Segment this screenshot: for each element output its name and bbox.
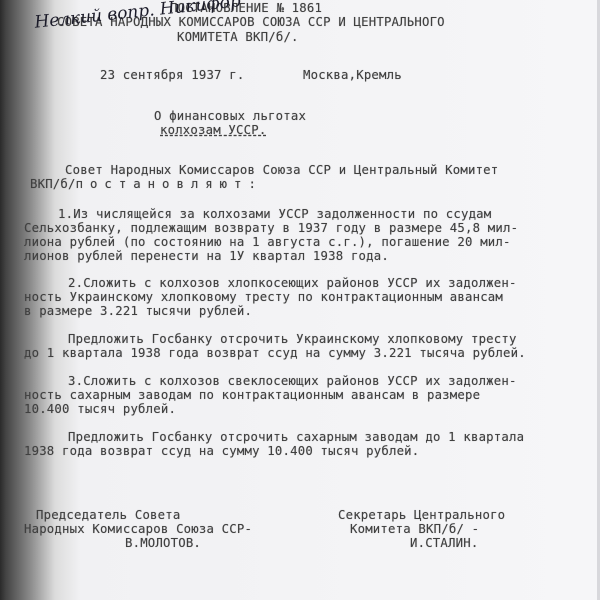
para-1-line-3: лиона рублей (по состоянию на 1 августа … [24,235,511,249]
signature-left-title-1: Председатель Совета [36,508,180,522]
subject-line-1: О финансовых льготах [154,109,306,123]
para-2b-line-2: до 1 квартала 1938 года возврат ссуд на … [24,346,526,360]
document-place: Москва,Кремль [303,68,402,82]
para-3b-line-2: 1938 года возврат ссуд на сумму 10.400 т… [24,444,419,458]
party-abbrev: ВКП/б/ [30,177,76,191]
signature-left-title-2: Народных Комиссаров Союза ССР- [24,522,252,536]
para-3-line-3: 10.400 тысяч рублей. [24,402,176,416]
signature-left-name: В.МОЛОТОВ. [125,536,201,550]
para-3b-line-1: Предложить Госбанку отсрочить сахарным з… [68,430,524,444]
resolve-verb: постановляют: [76,177,263,191]
document-page: ПОСТАНОВЛЕНИЕ № 1861 СОВЕТА НАРОДНЫХ КОМ… [0,0,600,600]
issuer-line-2: КОМИТЕТА ВКП/б/. [177,30,299,44]
document-date: 23 сентября 1937 г. [100,68,244,82]
para-3-line-1: 3.Сложить с колхозов свеклосеющих районо… [68,374,517,388]
para-2-line-1: 2.Сложить с колхозов хлопкосеющих районо… [68,276,517,290]
para-1-line-4: лионов рублей перенести на 1У квартал 19… [24,249,389,263]
preamble-line-2: ВКП/б/постановляют: [30,177,263,191]
signature-right-title-2: Комитета ВКП/б/ - [350,522,479,536]
para-1-line-1: 1.Из числящейся за колхозами УССР задолж… [58,207,491,221]
para-2b-line-1: Предложить Госбанку отсрочить Украинском… [68,332,517,346]
signature-right-title-1: Секретарь Центрального [338,508,505,522]
para-2-line-3: в размере 3.221 тысячи рублей. [24,304,252,318]
para-3-line-2: ность сахарным заводам по контрактационн… [24,388,480,402]
preamble-line-1: Совет Народных Комиссаров Союза ССР и Це… [65,163,498,177]
signature-right-name: И.СТАЛИН. [410,536,478,550]
para-2-line-2: ность Украинскому хлопковому тресту по к… [24,290,503,304]
para-1-line-2: Сельхозбанку, подлежащим возврату в 1937… [24,221,518,235]
subject-line-2: колхозам УССР. [160,123,266,137]
